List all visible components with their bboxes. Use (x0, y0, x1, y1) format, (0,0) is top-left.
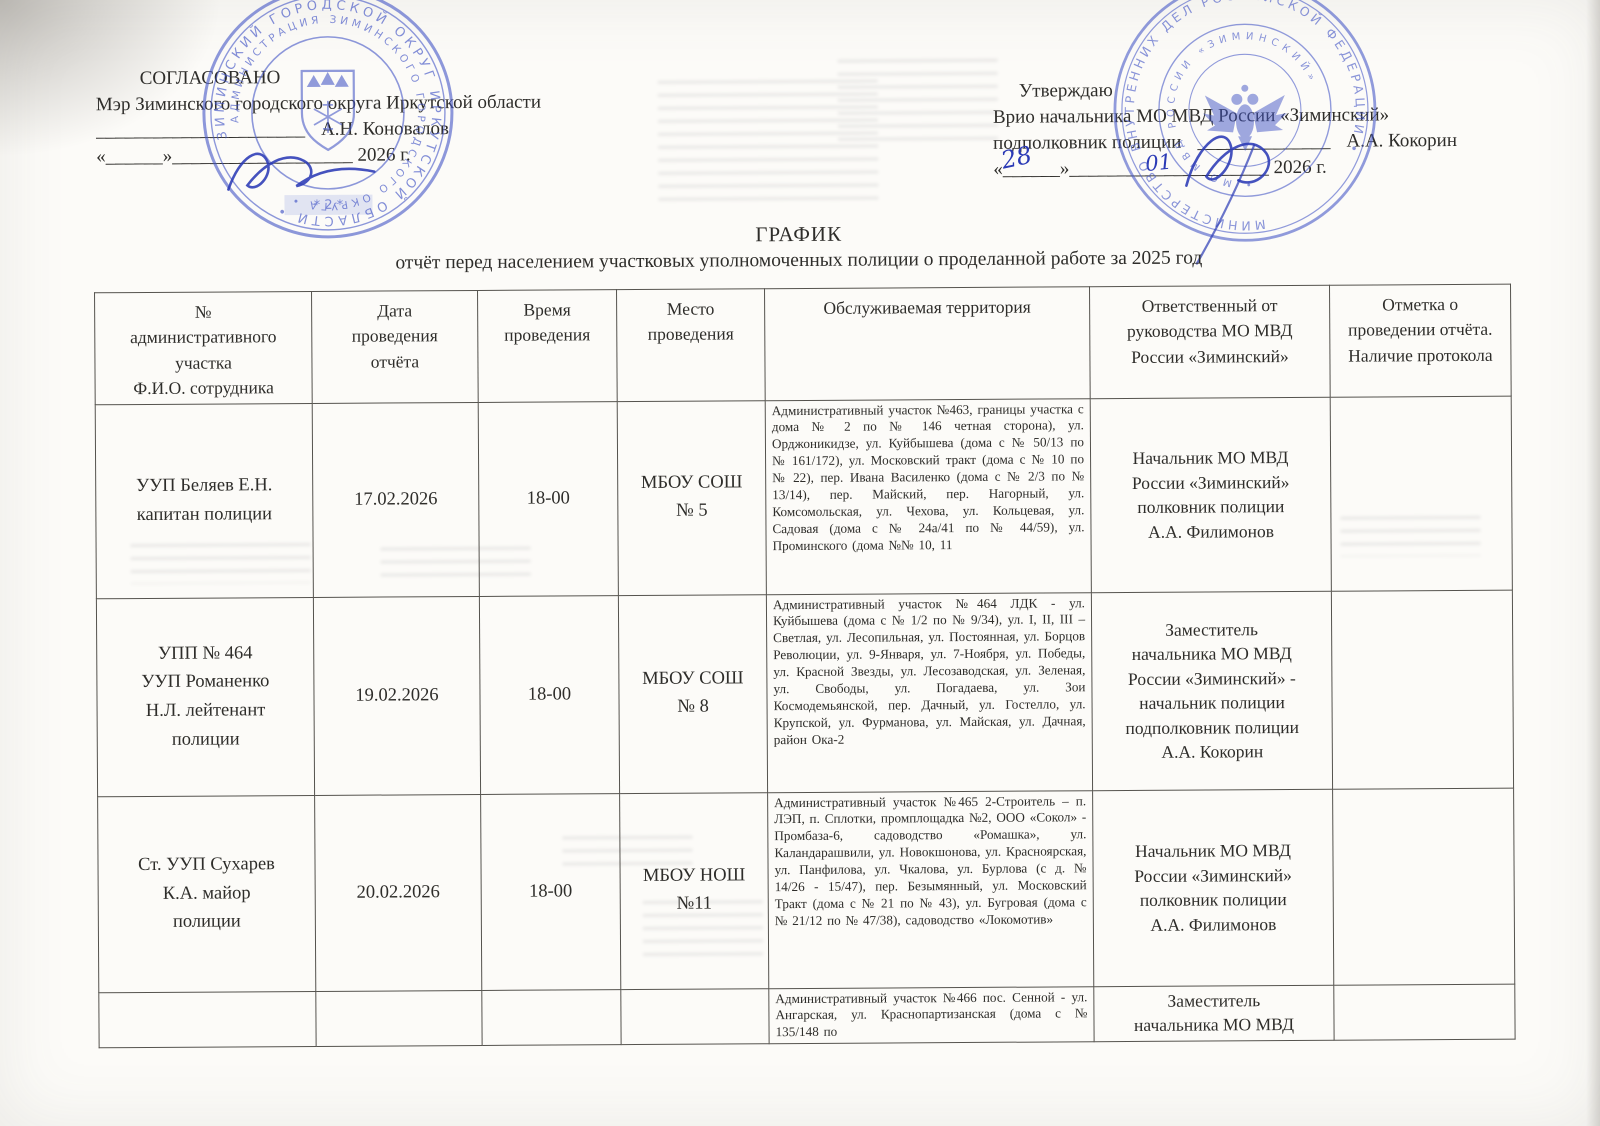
responsible-text: Заместитель начальника МО МВД (1100, 987, 1327, 1037)
header-row: № административного участка Ф.И.О. сотру… (95, 284, 1512, 404)
responsible-cell: Заместитель начальника МО МВД (1094, 985, 1334, 1041)
officer-cell: Ст. УУП Сухарев К.А. майор полиции (98, 795, 316, 992)
officer-cell (99, 991, 316, 1047)
date-cell (316, 990, 482, 1046)
scan-artifact (838, 59, 999, 150)
date-cell: 20.02.2026 (315, 794, 482, 991)
column-header-date: Дата проведения отчёта (312, 290, 479, 403)
table-row: Административный участок №466 пос. Сенно… (99, 984, 1515, 1048)
approval-left-date-line: «______»___________________ 2026 г. (96, 141, 656, 170)
handwritten-month: 01 (1144, 149, 1173, 177)
date-cell: 19.02.2026 (313, 596, 480, 795)
schedule-table: № административного участка Ф.И.О. сотру… (94, 284, 1516, 1048)
handwritten-day: 28 (999, 142, 1034, 174)
column-header-place: Место проведения (617, 289, 766, 401)
territory-cell: Административный участок №466 пос. Сенно… (769, 986, 1094, 1043)
territory-text: Административный участок №466 пос. Сенно… (775, 989, 1087, 1041)
time-cell: 18-00 (478, 401, 618, 596)
approval-block-left: СОГЛАСОВАНО Мэр Зиминского городского ок… (96, 63, 657, 170)
mark-cell (1333, 788, 1515, 985)
document-body: СОГЛАСОВАНО Мэр Зиминского городского ок… (0, 0, 1600, 1126)
table-row: УУП Беляев Е.Н. капитан полиции 17.02.20… (95, 396, 1512, 599)
approval-left-signature-line: ______________________А.Н. Коновалов (96, 115, 656, 144)
column-header-mark: Отметка о проведении отчёта. Наличие про… (1330, 284, 1512, 397)
column-header-area: № административного участка Ф.И.О. сотру… (95, 291, 313, 404)
document-title-block: ГРАФИК отчёт перед населением участковых… (0, 217, 1599, 277)
place-cell: МБОУ СОШ № 5 (617, 400, 766, 595)
responsible-cell: Начальник МО МВД России «Зиминский» полк… (1093, 789, 1334, 986)
column-header-responsible: Ответственный от руководства МО МВД Росс… (1090, 285, 1331, 398)
approval-left-heading: СОГЛАСОВАНО (140, 63, 656, 92)
date-cell: 17.02.2026 (312, 402, 479, 597)
scan-artifact (658, 80, 879, 201)
approval-right-heading: Утверждаю (1019, 75, 1573, 104)
time-cell (482, 989, 621, 1045)
place-cell: МБОУ СОШ № 8 (618, 594, 767, 793)
officer-cell: УПП № 464 УУП Романенко Н.Л. лейтенант п… (96, 597, 314, 796)
mark-cell (1334, 984, 1515, 1040)
time-cell: 18-00 (479, 595, 619, 794)
approval-right-signature-line: подполковник полиции______________А.А. К… (993, 127, 1573, 157)
signature-blank: ______________ (1197, 131, 1330, 153)
signature-blank: ______________________ (96, 119, 305, 141)
table-row: Ст. УУП Сухарев К.А. майор полиции 20.02… (98, 788, 1515, 993)
table-row: УПП № 464 УУП Романенко Н.Л. лейтенант п… (96, 590, 1513, 797)
place-cell (621, 988, 769, 1044)
approval-right-date-line: «______»_____________________ 2026 г. (993, 153, 1573, 183)
mark-cell (1330, 396, 1512, 591)
responsible-cell: Заместитель начальника МО МВД России «Зи… (1091, 591, 1332, 790)
responsible-cell: Начальник МО МВД России «Зиминский» полк… (1090, 397, 1331, 592)
scanned-page: СОГЛАСОВАНО Мэр Зиминского городского ок… (0, 0, 1600, 1126)
place-cell: МБОУ НОШ №11 (620, 792, 769, 989)
approval-right-position: Врио начальника МО МВД России «Зиминский… (993, 101, 1573, 131)
territory-cell: Административный участок №465 2-Строител… (768, 790, 1094, 988)
column-header-territory: Обслуживаемая территория (765, 287, 1091, 400)
svg-text:* 2 *: * 2 * (314, 198, 344, 213)
territory-cell: Административный участок №463, границы у… (765, 398, 1091, 594)
territory-cell: Административный участок №464 ЛДК - ул. … (766, 592, 1092, 792)
mark-cell (1331, 590, 1513, 789)
approval-block-right: Утверждаю Врио начальника МО МВД России … (993, 75, 1574, 183)
officer-cell: УУП Беляев Е.Н. капитан полиции (95, 403, 313, 598)
approval-left-name: А.Н. Коновалов (321, 118, 449, 140)
time-cell: 18-00 (481, 793, 621, 990)
column-header-time: Время проведения (478, 290, 618, 402)
approval-right-name: А.А. Кокорин (1346, 130, 1457, 152)
approval-left-position: Мэр Зиминского городского округа Иркутск… (96, 89, 656, 118)
